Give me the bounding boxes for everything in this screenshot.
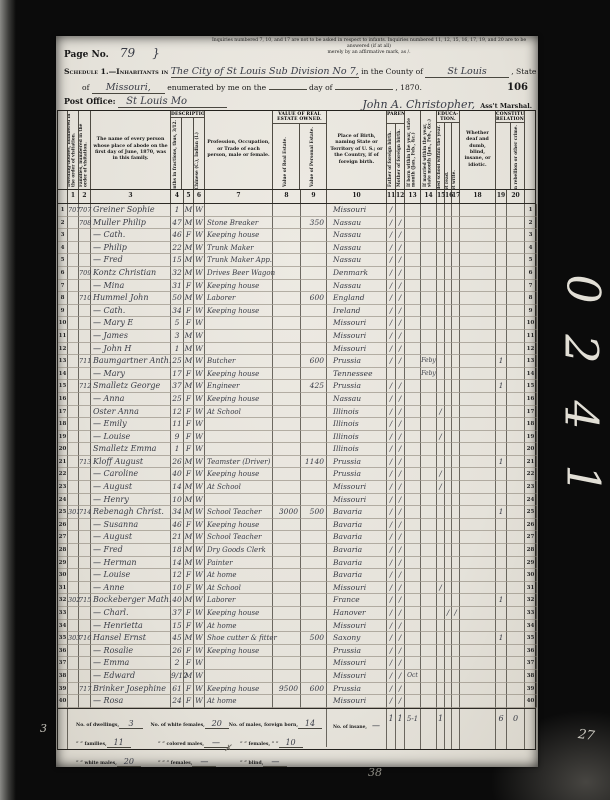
- table-cell: F: [184, 683, 194, 696]
- table-cell: [496, 393, 507, 406]
- table-cell: 14: [171, 557, 184, 570]
- table-cell: [68, 620, 79, 633]
- table-cell: [507, 494, 525, 507]
- table-cell: 10: [171, 494, 184, 507]
- table-cell: [68, 582, 79, 595]
- table-cell: W: [194, 292, 205, 305]
- table-cell: [421, 569, 437, 582]
- table-cell: England: [327, 292, 387, 305]
- table-cell: 50: [171, 292, 184, 305]
- table-cell: W: [194, 305, 205, 318]
- column-number: 2: [79, 190, 91, 203]
- table-cell: [496, 607, 507, 620]
- table-cell: [445, 468, 452, 481]
- table-cell: 34: [171, 506, 184, 519]
- margin-code-char: 2: [554, 334, 608, 363]
- table-cell: F: [184, 368, 194, 381]
- table-cell: [437, 620, 445, 633]
- table-cell: M: [184, 557, 194, 570]
- row-number-left: 3: [58, 229, 68, 242]
- table-cell: [452, 330, 460, 343]
- table-cell: [301, 443, 327, 456]
- row-number-left: 34: [58, 620, 68, 633]
- table-cell: /: [387, 670, 396, 683]
- table-cell: Tennessee: [327, 368, 387, 381]
- parentage-group: Parentage. Father of foreign birth. Moth…: [387, 111, 405, 189]
- table-cell: Feby: [421, 355, 437, 368]
- table-cell: F: [184, 317, 194, 330]
- table-cell: [496, 582, 507, 595]
- table-footer: No. of dwellings,3No. of white females,2…: [58, 708, 535, 749]
- table-cell: [421, 443, 437, 456]
- table-cell: [68, 393, 79, 406]
- table-cell: [496, 683, 507, 696]
- table-cell: W: [194, 519, 205, 532]
- table-cell: [437, 368, 445, 381]
- table-cell: 707: [79, 204, 91, 217]
- table-cell: F: [184, 280, 194, 293]
- table-cell: [507, 582, 525, 595]
- table-cell: [445, 330, 452, 343]
- table-cell: Trunk Maker: [205, 242, 273, 255]
- table-cell: [507, 670, 525, 683]
- tally-value: 11: [107, 738, 131, 748]
- table-cell: [301, 468, 327, 481]
- table-cell: [437, 229, 445, 242]
- table-cell: [460, 204, 496, 217]
- table-cell: 500: [301, 632, 327, 645]
- table-cell: Bavaria: [327, 519, 387, 532]
- row-number-left: 19: [58, 431, 68, 444]
- table-cell: /: [445, 607, 452, 620]
- census-table: Dwelling-houses, numbered in the order o…: [57, 110, 536, 750]
- table-cell: W: [194, 343, 205, 356]
- table-cell: [507, 305, 525, 318]
- table-cell: [405, 267, 421, 280]
- tally-label: ” ” families,: [76, 742, 107, 747]
- table-cell: [452, 254, 460, 267]
- row-number-left: 27: [58, 531, 68, 544]
- row-number-right: 9: [525, 305, 537, 318]
- table-cell: [445, 557, 452, 570]
- table-cell: [507, 317, 525, 330]
- table-cell: [452, 531, 460, 544]
- table-cell: 1: [171, 204, 184, 217]
- table-cell: [507, 330, 525, 343]
- table-cell: [405, 229, 421, 242]
- table-cell: [445, 569, 452, 582]
- table-cell: [301, 418, 327, 431]
- table-cell: [507, 544, 525, 557]
- table-cell: Engineer: [205, 380, 273, 393]
- table-cell: [273, 355, 301, 368]
- footer-tallies: No. of dwellings,3No. of white females,2…: [68, 709, 327, 747]
- table-cell: /: [396, 557, 405, 570]
- table-cell: [405, 406, 421, 419]
- table-cell: [421, 670, 437, 683]
- row-number-left: 28: [58, 544, 68, 557]
- table-cell: 25: [171, 355, 184, 368]
- table-cell: Dry Goods Clerk: [205, 544, 273, 557]
- row-number-left: 2: [58, 217, 68, 230]
- table-cell: — Mary: [91, 368, 171, 381]
- table-cell: [79, 280, 91, 293]
- table-cell: W: [194, 695, 205, 708]
- table-cell: /: [396, 393, 405, 406]
- table-cell: [452, 481, 460, 494]
- table-cell: [273, 481, 301, 494]
- tally-value: 20: [117, 757, 141, 767]
- number-row-blank: [58, 190, 68, 203]
- table-cell: 717: [79, 683, 91, 696]
- table-cell: [79, 330, 91, 343]
- table-cell: [421, 406, 437, 419]
- tally-label: ” ” white males,: [76, 761, 117, 766]
- table-cell: [68, 569, 79, 582]
- table-cell: [273, 380, 301, 393]
- table-cell: [437, 695, 445, 708]
- table-cell: Prussia: [327, 645, 387, 658]
- table-cell: [452, 418, 460, 431]
- table-cell: [273, 494, 301, 507]
- table-cell: [445, 393, 452, 406]
- table-cell: [273, 607, 301, 620]
- table-cell: [273, 267, 301, 280]
- table-cell: /: [396, 544, 405, 557]
- table-cell: [405, 645, 421, 658]
- table-cell: [507, 380, 525, 393]
- column-number: 10: [327, 190, 387, 203]
- table-cell: [79, 317, 91, 330]
- footer-mark: [460, 709, 496, 749]
- table-cell: [68, 657, 79, 670]
- table-cell: [273, 368, 301, 381]
- table-cell: [496, 217, 507, 230]
- table-cell: — Henrietta: [91, 620, 171, 633]
- row-number-right: 39: [525, 683, 537, 696]
- table-cell: F: [184, 468, 194, 481]
- footer-insane: No. of insane, —: [327, 709, 387, 749]
- table-header: Dwelling-houses, numbered in the order o…: [58, 111, 535, 189]
- table-cell: W: [194, 380, 205, 393]
- table-cell: [445, 443, 452, 456]
- parentage-group-title: Parentage.: [387, 111, 404, 124]
- table-cell: [460, 494, 496, 507]
- row-number-right: 4: [525, 242, 537, 255]
- row-number-right: 27: [525, 531, 537, 544]
- table-cell: [437, 343, 445, 356]
- table-cell: [445, 431, 452, 444]
- table-cell: [405, 544, 421, 557]
- tally-value: 14: [298, 719, 322, 729]
- table-cell: Illinois: [327, 418, 387, 431]
- row-number-left: 1: [58, 204, 68, 217]
- column-number: 20: [507, 190, 525, 203]
- table-cell: [445, 506, 452, 519]
- table-cell: [301, 607, 327, 620]
- table-cell: 713: [79, 456, 91, 469]
- row-number-left: 9: [58, 305, 68, 318]
- table-cell: — Louise: [91, 431, 171, 444]
- table-cell: 26: [171, 456, 184, 469]
- table-cell: /: [396, 242, 405, 255]
- table-cell: /: [387, 657, 396, 670]
- table-cell: 37: [171, 607, 184, 620]
- table-cell: [460, 620, 496, 633]
- table-cell: [507, 519, 525, 532]
- table-cell: /: [387, 267, 396, 280]
- table-cell: [445, 632, 452, 645]
- table-cell: [496, 317, 507, 330]
- table-cell: [507, 481, 525, 494]
- fine-print-line1: Inquiries numbered 7, 10, and 17 are not…: [206, 38, 532, 50]
- table-cell: /: [396, 355, 405, 368]
- table-cell: 24: [171, 695, 184, 708]
- table-cell: Drives Beer Wagon: [205, 267, 273, 280]
- pencil-note-bottom-right: 27: [577, 727, 595, 744]
- table-cell: [405, 380, 421, 393]
- pencil-x-mark: ✗: [224, 744, 232, 754]
- table-cell: [421, 582, 437, 595]
- table-cell: [68, 368, 79, 381]
- table-cell: 1: [496, 594, 507, 607]
- row-number-header-right: [525, 111, 537, 189]
- table-cell: 5: [171, 317, 184, 330]
- table-cell: [496, 645, 507, 658]
- table-cell: Missouri: [327, 204, 387, 217]
- table-cell: /: [387, 242, 396, 255]
- table-cell: School Teacher: [205, 506, 273, 519]
- table-cell: 303: [68, 632, 79, 645]
- row-number-right: 25: [525, 506, 537, 519]
- table-cell: M: [184, 380, 194, 393]
- table-cell: F: [184, 695, 194, 708]
- table-cell: F: [184, 582, 194, 595]
- table-cell: [79, 368, 91, 381]
- table-cell: [437, 317, 445, 330]
- table-cell: [496, 368, 507, 381]
- footer-mark: 0: [507, 709, 525, 749]
- table-cell: [273, 594, 301, 607]
- table-cell: [452, 620, 460, 633]
- table-cell: At School: [205, 481, 273, 494]
- row-number-left: 24: [58, 494, 68, 507]
- row-number-left: 4: [58, 242, 68, 255]
- table-cell: [507, 204, 525, 217]
- table-cell: [405, 305, 421, 318]
- row-number-right: 20: [525, 443, 537, 456]
- table-cell: [301, 481, 327, 494]
- table-cell: [301, 494, 327, 507]
- table-cell: [273, 443, 301, 456]
- table-cell: — Susanna: [91, 519, 171, 532]
- footer-mark: 1: [387, 709, 396, 749]
- tally-label: No. of dwellings,: [76, 723, 119, 728]
- table-cell: Prussia: [327, 380, 387, 393]
- table-cell: /: [396, 531, 405, 544]
- table-cell: M: [184, 544, 194, 557]
- table-cell: [68, 305, 79, 318]
- table-cell: [421, 242, 437, 255]
- table-cell: 710: [79, 292, 91, 305]
- table-cell: 716: [79, 632, 91, 645]
- table-cell: [68, 443, 79, 456]
- table-cell: [452, 657, 460, 670]
- table-cell: Teamster (Driver): [205, 456, 273, 469]
- table-cell: [301, 569, 327, 582]
- table-cell: [445, 645, 452, 658]
- table-cell: M: [184, 217, 194, 230]
- table-cell: [405, 456, 421, 469]
- table-cell: Keeping house: [205, 368, 273, 381]
- table-cell: [460, 217, 496, 230]
- instructions-fine-print: Inquiries numbered 7, 10, and 17 are not…: [206, 38, 532, 57]
- pencil-note-bottom-left: 3: [40, 722, 47, 735]
- table-cell: [445, 544, 452, 557]
- table-cell: /: [387, 406, 396, 419]
- table-cell: [301, 670, 327, 683]
- table-cell: [405, 468, 421, 481]
- table-cell: [452, 406, 460, 419]
- table-cell: /: [396, 217, 405, 230]
- table-cell: [496, 254, 507, 267]
- table-cell: [452, 468, 460, 481]
- table-cell: /: [396, 657, 405, 670]
- table-cell: [421, 217, 437, 230]
- table-cell: [301, 645, 327, 658]
- table-cell: [421, 254, 437, 267]
- table-cell: [452, 355, 460, 368]
- table-cell: 425: [301, 380, 327, 393]
- col16-header: Cannot read.: [446, 123, 451, 189]
- table-cell: [437, 292, 445, 305]
- table-cell: Oster Anna: [91, 406, 171, 419]
- table-cell: 46: [171, 519, 184, 532]
- table-cell: [421, 468, 437, 481]
- table-cell: /: [387, 531, 396, 544]
- table-cell: /: [387, 494, 396, 507]
- table-cell: [452, 506, 460, 519]
- table-cell: W: [194, 594, 205, 607]
- insane-label: No. of insane,: [333, 725, 367, 730]
- footer-tally-line: ” ” white males,20” ” ” females,—” ” bli…: [76, 749, 322, 768]
- table-cell: — August: [91, 481, 171, 494]
- table-cell: 350: [301, 217, 327, 230]
- table-cell: [405, 280, 421, 293]
- table-cell: 61: [171, 683, 184, 696]
- table-cell: [205, 330, 273, 343]
- pencil-note-bottom-center: 38: [368, 766, 382, 779]
- table-cell: [421, 305, 437, 318]
- table-cell: /: [437, 431, 445, 444]
- table-cell: [79, 607, 91, 620]
- table-cell: [496, 657, 507, 670]
- table-cell: Bavaria: [327, 557, 387, 570]
- column-number: 18: [460, 190, 496, 203]
- table-cell: [421, 645, 437, 658]
- table-cell: 10: [171, 582, 184, 595]
- row-number-left: 31: [58, 582, 68, 595]
- footer-tally-line: No. of dwellings,3No. of white females,2…: [76, 711, 322, 730]
- table-cell: [421, 431, 437, 444]
- col19-header: Male Citizens of U. S. of 21 years of ag…: [500, 123, 505, 189]
- table-cell: 17: [171, 368, 184, 381]
- enumeration-line: of Missouri, enumerated by me on the day…: [82, 82, 530, 93]
- table-cell: [507, 594, 525, 607]
- table-cell: /: [387, 481, 396, 494]
- row-number-left: 36: [58, 645, 68, 658]
- footer-rn-left: [58, 709, 68, 749]
- table-cell: [68, 481, 79, 494]
- table-cell: [205, 443, 273, 456]
- table-cell: Kloff August: [91, 456, 171, 469]
- table-cell: [68, 217, 79, 230]
- table-cell: — Emily: [91, 418, 171, 431]
- table-cell: Nassau: [327, 217, 387, 230]
- table-cell: [507, 343, 525, 356]
- col18-header: Whether deaf and dumb, blind, insane, or…: [460, 131, 495, 169]
- col1-header: Dwelling-houses, numbered in the order o…: [68, 111, 77, 189]
- row-number-right: 14: [525, 368, 537, 381]
- page-no-label: Page No.: [64, 50, 109, 60]
- table-cell: [79, 254, 91, 267]
- table-cell: [507, 267, 525, 280]
- table-cell: [301, 519, 327, 532]
- table-cell: Missouri: [327, 494, 387, 507]
- table-cell: [507, 620, 525, 633]
- table-cell: [437, 204, 445, 217]
- table-cell: [273, 280, 301, 293]
- table-cell: [437, 531, 445, 544]
- table-cell: /: [387, 443, 396, 456]
- table-cell: [437, 393, 445, 406]
- table-cell: [460, 431, 496, 444]
- table-cell: 1: [496, 456, 507, 469]
- table-cell: F: [184, 569, 194, 582]
- tally-label: ” ” ” females,: [158, 761, 192, 766]
- table-cell: — Mary E: [91, 317, 171, 330]
- table-cell: [460, 355, 496, 368]
- table-cell: [460, 292, 496, 305]
- table-cell: F: [184, 305, 194, 318]
- table-cell: /: [437, 406, 445, 419]
- table-cell: [507, 645, 525, 658]
- table-cell: 2: [171, 657, 184, 670]
- table-cell: Illinois: [327, 443, 387, 456]
- table-cell: [445, 418, 452, 431]
- table-cell: [445, 519, 452, 532]
- table-cell: /: [396, 380, 405, 393]
- row-number-left: 32: [58, 594, 68, 607]
- table-cell: [301, 657, 327, 670]
- row-number-left: 6: [58, 267, 68, 280]
- footer-mark: [452, 709, 460, 749]
- table-cell: [273, 557, 301, 570]
- table-cell: F: [184, 519, 194, 532]
- table-cell: [445, 343, 452, 356]
- table-cell: W: [194, 317, 205, 330]
- table-cell: — Philip: [91, 242, 171, 255]
- table-cell: F: [184, 607, 194, 620]
- table-cell: School Teacher: [205, 531, 273, 544]
- table-cell: [437, 456, 445, 469]
- row-number-right: 22: [525, 468, 537, 481]
- table-cell: [460, 406, 496, 419]
- table-cell: [496, 406, 507, 419]
- column-number: 13: [405, 190, 421, 203]
- table-cell: [273, 632, 301, 645]
- table-cell: [405, 494, 421, 507]
